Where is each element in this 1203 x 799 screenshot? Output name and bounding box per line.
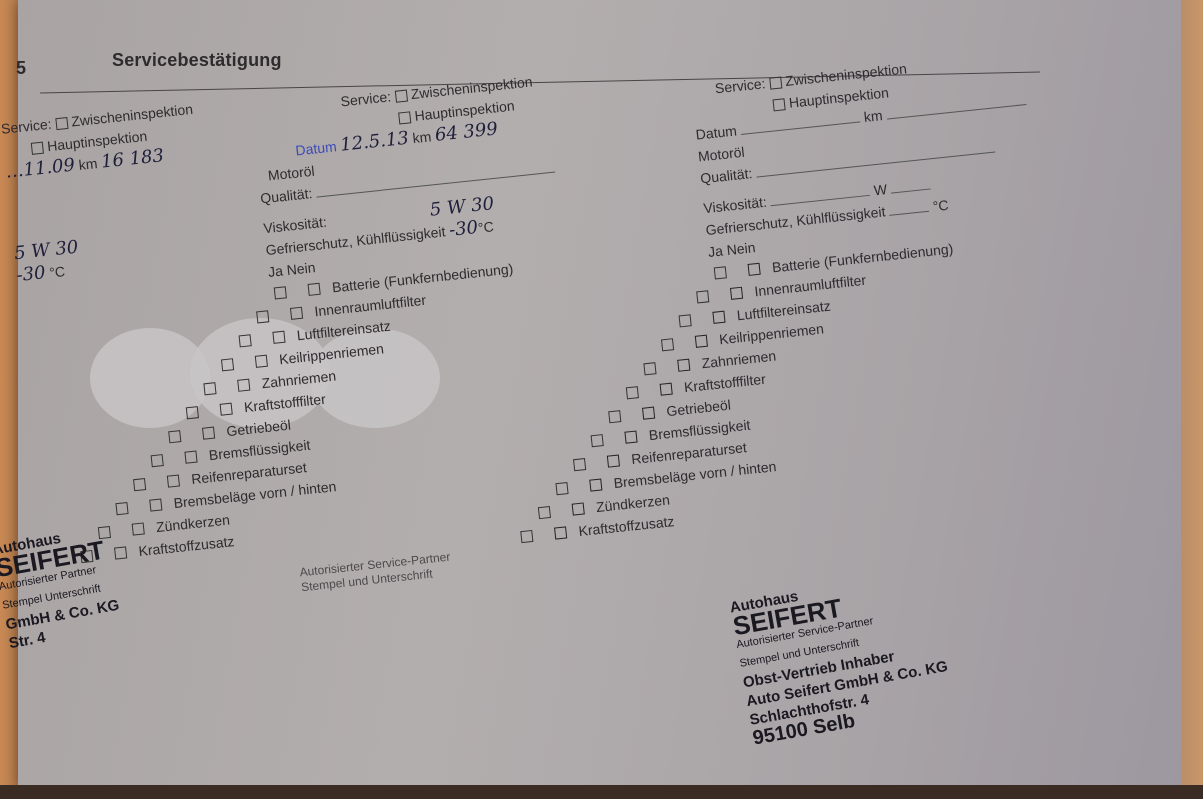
checkbox-ja[interactable] — [538, 506, 551, 519]
checkbox-nein[interactable] — [167, 474, 180, 487]
service-label: Service: — [714, 75, 766, 96]
datum-label: Datum — [295, 138, 338, 158]
checkbox-ja[interactable] — [573, 458, 586, 471]
nein-label: Nein — [286, 259, 316, 278]
checkbox-nein[interactable] — [624, 431, 637, 444]
celsius-label: °C — [48, 263, 65, 281]
page-number: 5 — [16, 58, 26, 79]
book-edge-right — [1181, 0, 1203, 799]
checkbox-nein[interactable] — [677, 359, 690, 372]
checkbox-ja[interactable] — [608, 410, 621, 423]
checkbox-nein[interactable] — [748, 263, 761, 276]
checkbox-ja[interactable] — [591, 434, 604, 447]
gefrierschutz-value: -30 — [15, 262, 46, 286]
checkbox-nein[interactable] — [114, 546, 127, 559]
checkbox-haupt[interactable] — [31, 142, 44, 155]
entry-left: Service:Zwischeninspektion Hauptinspekti… — [0, 98, 209, 287]
checkbox-nein[interactable] — [607, 454, 620, 467]
motoroel-label: Motoröl — [697, 144, 745, 165]
checkbox-ja[interactable] — [115, 502, 128, 515]
checkbox-nein[interactable] — [730, 287, 743, 300]
checkbox-nein[interactable] — [255, 355, 268, 368]
checkbox-ja[interactable] — [203, 382, 216, 395]
checkbox-ja[interactable] — [151, 454, 164, 467]
km-label: km — [863, 107, 883, 125]
celsius-label: °C — [477, 218, 494, 236]
qualitaet-label: Qualität: — [260, 185, 314, 206]
celsius-label: °C — [932, 197, 949, 215]
ja-label: Ja — [707, 243, 723, 260]
checkbox-ja[interactable] — [256, 310, 269, 323]
checkbox-nein[interactable] — [554, 526, 567, 539]
checkbox-nein[interactable] — [290, 307, 303, 320]
page-title: Servicebestätigung — [112, 50, 282, 71]
qualitaet-label: Qualität: — [700, 165, 754, 186]
ja-label: Ja — [267, 263, 283, 280]
checkbox-ja[interactable] — [679, 314, 692, 327]
checkbox-nein[interactable] — [132, 522, 145, 535]
w-label: W — [873, 181, 888, 198]
checkbox-ja[interactable] — [661, 338, 674, 351]
checkbox-nein[interactable] — [308, 283, 321, 296]
checkbox-nein[interactable] — [589, 478, 602, 491]
checkbox-zwischen[interactable] — [55, 117, 68, 130]
checkbox-nein[interactable] — [712, 311, 725, 324]
entry-right: Service:Zwischeninspektion Hauptinspekti… — [690, 45, 1067, 525]
datum-label: Datum — [695, 122, 738, 142]
checkbox-nein[interactable] — [184, 451, 197, 464]
checkbox-ja[interactable] — [643, 362, 656, 375]
checkbox-ja[interactable] — [714, 266, 727, 279]
checkbox-nein[interactable] — [642, 407, 655, 420]
checkbox-ja[interactable] — [239, 334, 252, 347]
checkbox-nein[interactable] — [149, 498, 162, 511]
gefrierschutz-value: -30 — [448, 217, 479, 241]
checkbox-zwischen[interactable] — [769, 77, 782, 90]
checkbox-nein[interactable] — [272, 331, 285, 344]
checkbox-haupt[interactable] — [398, 112, 411, 125]
nein-label: Nein — [726, 239, 756, 258]
checkbox-ja[interactable] — [133, 478, 146, 491]
service-label: Service: — [0, 116, 52, 137]
checkbox-nein[interactable] — [220, 403, 233, 416]
checkbox-nein[interactable] — [237, 379, 250, 392]
checkbox-ja[interactable] — [696, 290, 709, 303]
checkbox-ja[interactable] — [274, 286, 287, 299]
dealer-stamp-left: Autohaus SEIFERT Autorisierter Partner S… — [0, 521, 124, 653]
checkbox-ja[interactable] — [626, 386, 639, 399]
table-surface — [0, 785, 1203, 799]
checkbox-zwischen[interactable] — [394, 90, 407, 103]
km-label: km — [78, 155, 98, 173]
checkbox-nein[interactable] — [202, 427, 215, 440]
checkbox-nein[interactable] — [695, 335, 708, 348]
checkbox-ja[interactable] — [520, 530, 533, 543]
checkbox-nein[interactable] — [572, 502, 585, 515]
checkbox-ja[interactable] — [221, 358, 234, 371]
checkbox-ja[interactable] — [555, 482, 568, 495]
km-label: km — [412, 128, 432, 146]
checkbox-haupt[interactable] — [773, 99, 786, 112]
checklist: Batterie (Funkfernbedienung)Innenraumluf… — [709, 228, 1066, 525]
checkbox-nein[interactable] — [660, 383, 673, 396]
checkbox-ja[interactable] — [186, 406, 199, 419]
motoroel-label: Motoröl — [267, 163, 315, 184]
service-label: Service: — [340, 88, 392, 109]
checkbox-ja[interactable] — [168, 430, 181, 443]
